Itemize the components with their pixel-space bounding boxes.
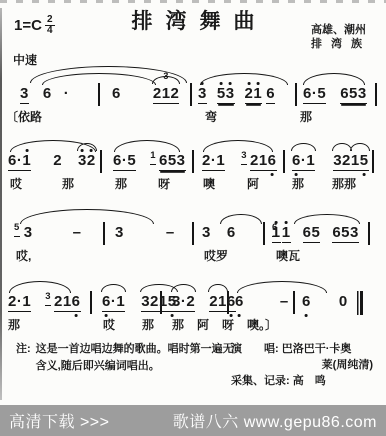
note: 2·1 bbox=[8, 294, 31, 312]
barline bbox=[368, 222, 370, 245]
measure: 6·13215 bbox=[102, 294, 183, 312]
grace-note: 5 bbox=[14, 220, 20, 237]
measure: 6·5653 bbox=[303, 86, 373, 104]
note: 216 bbox=[250, 153, 277, 171]
lyric-syllable: 那 bbox=[172, 316, 184, 333]
measure: 2·13216 bbox=[202, 153, 283, 172]
lyric-syllable: 呀 bbox=[222, 316, 234, 333]
barline bbox=[283, 150, 285, 173]
note: 6·5 bbox=[303, 86, 326, 104]
note: 216 bbox=[54, 294, 81, 312]
lyric-syllable: 那那 bbox=[332, 175, 356, 192]
grace-note: 3 bbox=[45, 289, 51, 306]
lyric-syllable: 那 bbox=[8, 316, 20, 333]
lyric-syllable: 弯 bbox=[205, 108, 217, 125]
lyric-syllable: 那 bbox=[300, 108, 312, 125]
note: 653 bbox=[332, 225, 359, 243]
scan-edge-top bbox=[0, 0, 386, 3]
credits-block: 演 唱: 巴洛巴干·卡奥 莱(周纯清) 采集、记录: 高 鸣 bbox=[231, 341, 383, 389]
measure: 3·2216 bbox=[172, 294, 242, 312]
lyric-syllable: 哎 bbox=[103, 316, 115, 333]
slur-arc bbox=[303, 73, 365, 85]
footnote: 注: 这是一首边唱边舞的歌曲。唱时第一遍无含义,随后即兴编词唱出。 bbox=[16, 341, 238, 375]
lyric-syllable: 那 bbox=[62, 175, 74, 192]
note: 1 bbox=[282, 225, 291, 243]
slur-arc bbox=[200, 73, 288, 85]
lyric-syllable: 阿 bbox=[247, 175, 259, 192]
vocal-credit-cont: 莱(周纯清) bbox=[231, 357, 383, 373]
note: 3 bbox=[115, 225, 124, 242]
note: 6 bbox=[227, 225, 236, 242]
barline bbox=[103, 222, 105, 245]
barline bbox=[295, 83, 297, 106]
measure: 6·13215 bbox=[292, 153, 375, 171]
origin-ethnic-group: 排湾族 bbox=[311, 37, 381, 51]
score-line: 53–3–3616165653哎,哎罗噢瓦 bbox=[0, 225, 386, 271]
origin-region: 高雄、潮州 bbox=[311, 23, 381, 37]
note: – bbox=[166, 225, 175, 242]
site-link[interactable]: 歌谱八六 www.gepu86.com bbox=[173, 409, 377, 432]
lyric-syllable: 哎 bbox=[10, 175, 22, 192]
barline bbox=[190, 83, 192, 106]
slur-arc bbox=[20, 209, 154, 224]
watermark-bar: 高清下载 >>> 歌谱八六 www.gepu86.com bbox=[0, 405, 386, 436]
measure: 6– bbox=[235, 294, 295, 311]
barline bbox=[375, 83, 377, 106]
lyric-syllable: 噢。〕 bbox=[247, 316, 277, 333]
scan-edge-left bbox=[0, 8, 2, 400]
note: 3·2 bbox=[172, 294, 195, 312]
note: 2123 bbox=[153, 86, 180, 104]
note: 3215 bbox=[333, 153, 368, 171]
note: 3 bbox=[202, 225, 211, 242]
score-line: 2·132166·132153·22166–60那哎那那阿呀噢。〕 bbox=[0, 294, 386, 340]
measure: 3– bbox=[115, 225, 181, 242]
note: 6 bbox=[302, 294, 311, 311]
note: 653 bbox=[159, 153, 186, 171]
note: 6 bbox=[43, 86, 52, 103]
note: 3 bbox=[198, 86, 207, 104]
slur-arc bbox=[220, 214, 262, 224]
lyric-syllable: 噢瓦 bbox=[276, 247, 300, 264]
tuplet-number: 3 bbox=[163, 68, 169, 84]
measure: 353216 bbox=[198, 86, 281, 104]
measure: 6165653 bbox=[272, 225, 365, 244]
note: 21 bbox=[245, 86, 263, 104]
note: 0 bbox=[339, 294, 348, 311]
note: 6 bbox=[266, 86, 275, 104]
note: 6·1 bbox=[102, 294, 125, 312]
lyric-syllable: 那 bbox=[115, 175, 127, 192]
grace-note: 1 bbox=[150, 148, 156, 165]
tempo-marking: 中速 bbox=[13, 51, 37, 68]
lyric-syllable: 哎罗 bbox=[204, 247, 228, 264]
score-line: 6·12326·516532·132166·13215哎那那呀噢阿那那那 bbox=[0, 153, 386, 199]
barline bbox=[90, 291, 92, 314]
origin-block: 高雄、潮州 排湾族 bbox=[311, 23, 381, 51]
note: 32 bbox=[78, 153, 96, 170]
note: 6 bbox=[112, 86, 121, 103]
lyric-syllable: 那 bbox=[142, 316, 154, 333]
note: 3 bbox=[20, 86, 29, 104]
note: 653 bbox=[340, 86, 367, 104]
note: 6·1 bbox=[8, 153, 31, 171]
note: 65 bbox=[303, 225, 321, 243]
collector-credit: 采集、记录: 高 鸣 bbox=[231, 373, 383, 389]
note: 6 bbox=[235, 294, 244, 311]
measure: 6·51653 bbox=[113, 153, 192, 172]
lyric-syllable: 那 bbox=[292, 175, 304, 192]
vocal-credit: 演 唱: 巴洛巴干·卡奥 bbox=[231, 341, 383, 357]
download-link[interactable]: 高清下载 >>> bbox=[9, 409, 109, 432]
slur-arc bbox=[203, 140, 273, 152]
note: 6·5 bbox=[113, 153, 136, 171]
lyric-syllable: 〔依路 bbox=[6, 108, 42, 125]
note: 53 bbox=[217, 86, 235, 104]
slur-arc bbox=[114, 140, 180, 152]
note: – bbox=[280, 294, 289, 311]
note: 216 bbox=[209, 294, 236, 312]
grace-note: 6 bbox=[272, 220, 278, 237]
note: · bbox=[64, 86, 70, 103]
measure: 6·1232 bbox=[8, 153, 102, 171]
lyric-syllable: 阿 bbox=[197, 316, 209, 333]
barline bbox=[98, 83, 100, 106]
measure: 36· bbox=[20, 86, 75, 104]
score-line: 36·621233532166·5653〔依路弯那 bbox=[0, 86, 386, 132]
barline bbox=[192, 222, 194, 245]
measure: 2·13216 bbox=[8, 294, 87, 313]
measure: 53– bbox=[14, 225, 87, 244]
footnote-label: 注: bbox=[16, 341, 31, 375]
note: 2 bbox=[53, 153, 62, 170]
sheet-music-page: 1=C 2 4 排湾舞曲 高雄、潮州 排湾族 中速 36·62123353216… bbox=[0, 0, 386, 436]
lyric-syllable: 哎, bbox=[16, 247, 31, 264]
note: – bbox=[73, 225, 82, 242]
measure: 62123 bbox=[112, 86, 185, 104]
measure: 60 bbox=[302, 294, 354, 311]
barline bbox=[192, 150, 194, 173]
lyric-syllable: 呀 bbox=[158, 175, 170, 192]
slur-arc bbox=[237, 281, 327, 293]
final-barline bbox=[357, 291, 363, 315]
note: 2·1 bbox=[202, 153, 225, 171]
slur-arc bbox=[9, 281, 71, 293]
lyric-syllable: 噢 bbox=[203, 175, 215, 192]
footnote-text: 这是一首边唱边舞的歌曲。唱时第一遍无含义,随后即兴编词唱出。 bbox=[36, 341, 238, 375]
grace-note: 3 bbox=[241, 148, 247, 165]
note: 6·1 bbox=[292, 153, 315, 171]
slur-arc bbox=[294, 214, 360, 224]
note: 3 bbox=[24, 225, 33, 242]
